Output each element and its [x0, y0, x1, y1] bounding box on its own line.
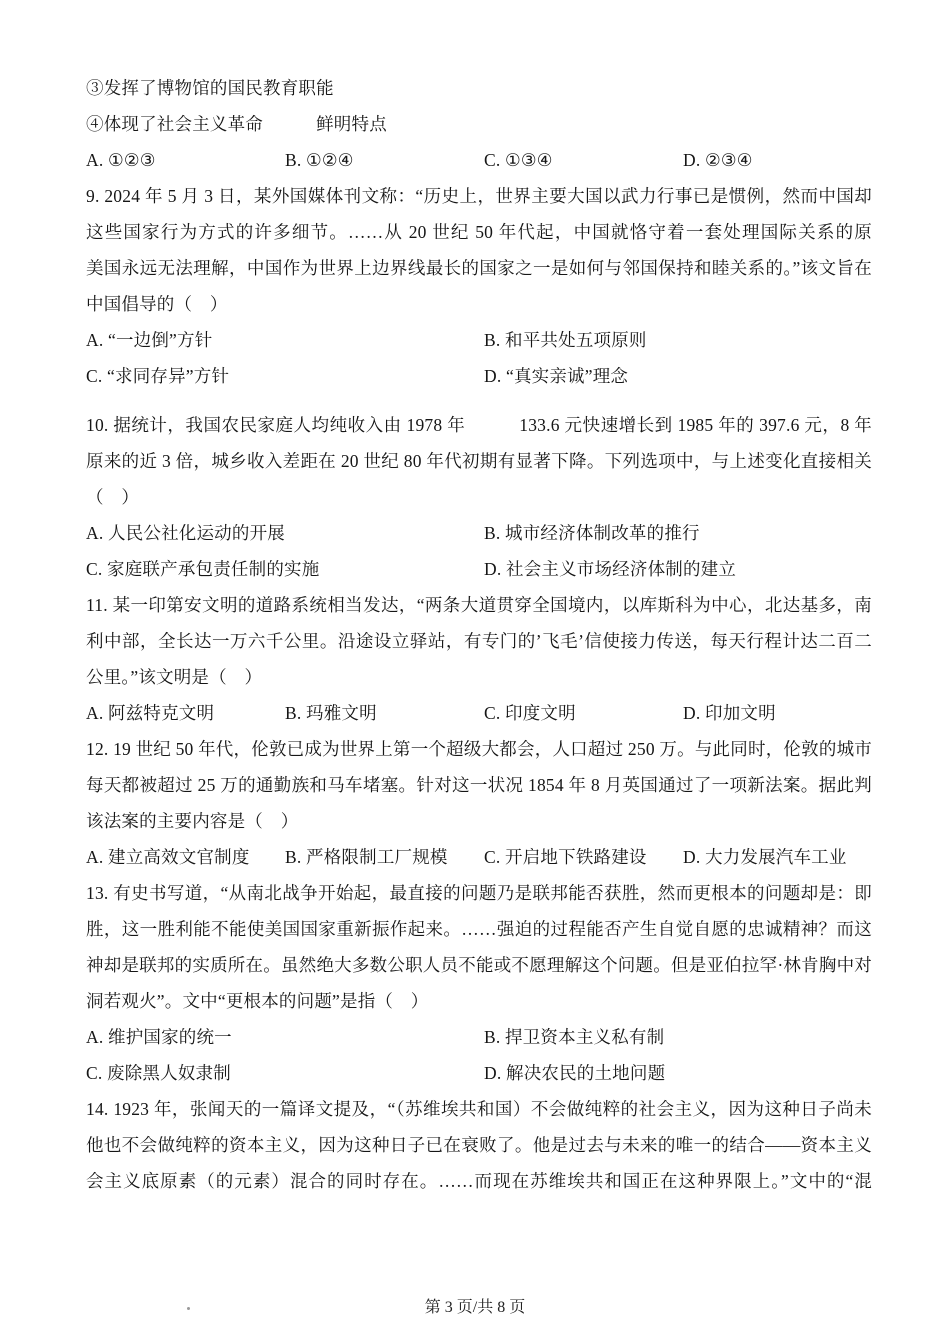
answer-option: B. 和平共处五项原则	[484, 322, 647, 358]
answer-option: A. 人民公社化运动的开展	[86, 515, 484, 551]
question-9-stem-line: 中国倡导的（ ）	[86, 286, 872, 322]
carryover-statement-line: ④体现了社会主义革命 鲜明特点	[86, 106, 872, 142]
answer-option: D. “真实亲诚”理念	[484, 358, 628, 394]
question-9-options-row: C. “求同存异”方针D. “真实亲诚”理念	[86, 358, 872, 394]
answer-option: D. 社会主义市场经济体制的建立	[484, 551, 736, 587]
question-13-options-row: A. 维护国家的统一B. 捍卫资本主义私有制	[86, 1019, 872, 1055]
question-12-options-row: A. 建立高效文官制度B. 严格限制工厂规模C. 开启地下铁路建设D. 大力发展…	[86, 839, 872, 875]
answer-option: A. 维护国家的统一	[86, 1019, 484, 1055]
question-13-stem-line: 13. 有史书写道，“从南北战争开始起，最直接的问题乃是联邦能否获胜，然而更根本…	[86, 875, 872, 911]
question-11-stem-line: 11. 某一印第安文明的道路系统相当发达，“两条大道贯穿全国境内，以库斯科为中心…	[86, 587, 872, 623]
answer-option: B. 严格限制工厂规模	[285, 839, 484, 875]
question-14-stem-line: 会主义底原素（的元素）混合的同时存在。……而现在苏维埃共和国正在这种界限上。”文…	[86, 1163, 872, 1199]
question-11-stem-line: 利中部，全长达一万六千公里。沿途设立驿站，有专门的’飞毛’信使接力传送，每天行程…	[86, 623, 872, 659]
answer-option: B. 玛雅文明	[285, 695, 484, 731]
answer-option: A. ①②③	[86, 142, 285, 178]
page-footer: 第 3 页/共 8 页	[0, 1296, 950, 1320]
answer-option: D. 解决农民的土地问题	[484, 1055, 665, 1091]
answer-option: C. “求同存异”方针	[86, 358, 484, 394]
carryover-statement-line: ③发挥了博物馆的国民教育职能	[86, 70, 872, 106]
question-9-stem-line: 9. 2024 年 5 月 3 日，某外国媒体刊文称：“历史上，世界主要大国以武…	[86, 178, 872, 214]
question-10-stem-line: 10. 据统计，我国农民家庭人均纯收入由 1978 年 133.6 元快速增长到…	[86, 407, 872, 443]
carryover-options-row: A. ①②③B. ①②④C. ①③④D. ②③④	[86, 142, 872, 178]
answer-option: C. 家庭联产承包责任制的实施	[86, 551, 484, 587]
question-11-stem-line: 公里。”该文明是（ ）	[86, 659, 872, 695]
question-13-options-row: C. 废除黑人奴隶制D. 解决农民的土地问题	[86, 1055, 872, 1091]
page-indicator: 第 3 页/共 8 页	[425, 1299, 525, 1316]
exam-page: ③发挥了博物馆的国民教育职能④体现了社会主义革命 鲜明特点A. ①②③B. ①②…	[0, 0, 950, 1344]
question-9-options-row: A. “一边倒”方针B. 和平共处五项原则	[86, 322, 872, 358]
question-9-stem-line: 这些国家行为方式的许多细节。……从 20 世纪 50 年代起，中国就恪守着一套处…	[86, 214, 872, 250]
question-12-stem-line: 每天都被超过 25 万的通勤族和马车堵塞。针对这一状况 1854 年 8 月英国…	[86, 767, 872, 803]
question-12-stem-line: 12. 19 世纪 50 年代，伦敦已成为世界上第一个超级大都会，人口超过 25…	[86, 731, 872, 767]
question-13-stem-line: 胜，这一胜利能不能使美国国家重新振作起来。……强迫的过程能否产生自觉自愿的忠诚精…	[86, 911, 872, 947]
exam-content: ③发挥了博物馆的国民教育职能④体现了社会主义革命 鲜明特点A. ①②③B. ①②…	[86, 70, 872, 1199]
answer-option: C. 废除黑人奴隶制	[86, 1055, 484, 1091]
answer-option: D. 印加文明	[683, 695, 776, 731]
question-10-options-row: A. 人民公社化运动的开展B. 城市经济体制改革的推行	[86, 515, 872, 551]
answer-option: C. 印度文明	[484, 695, 683, 731]
question-13-stem-line: 洞若观火”。文中“更根本的问题”是指（ ）	[86, 983, 872, 1019]
question-14-stem-line: 14. 1923 年，张闻天的一篇译文提及，“（苏维埃共和国）不会做纯粹的社会主…	[86, 1091, 872, 1127]
question-10-options-row: C. 家庭联产承包责任制的实施D. 社会主义市场经济体制的建立	[86, 551, 872, 587]
question-12-stem-line: 该法案的主要内容是（ ）	[86, 803, 872, 839]
question-14-stem-line: 他也不会做纯粹的资本主义，因为这种日子已在衰败了。他是过去与未来的唯一的结合——…	[86, 1127, 872, 1163]
answer-option: A. 建立高效文官制度	[86, 839, 285, 875]
answer-option: D. ②③④	[683, 142, 753, 178]
answer-option: C. 开启地下铁路建设	[484, 839, 683, 875]
answer-option: B. 捍卫资本主义私有制	[484, 1019, 664, 1055]
answer-option: C. ①③④	[484, 142, 683, 178]
question-10-stem-line: 原来的近 3 倍，城乡收入差距在 20 世纪 80 年代初期有显著下降。下列选项…	[86, 443, 872, 479]
question-13-stem-line: 神却是联邦的实质所在。虽然绝大多数公职人员不能或不愿理解这个问题。但是亚伯拉罕·…	[86, 947, 872, 983]
question-11-options-row: A. 阿兹特克文明B. 玛雅文明C. 印度文明D. 印加文明	[86, 695, 872, 731]
answer-option: A. “一边倒”方针	[86, 322, 484, 358]
question-9-stem-line: 美国永远无法理解，中国作为世界上边界线最长的国家之一是如何与邻国保持和睦关系的。…	[86, 250, 872, 286]
answer-option: A. 阿兹特克文明	[86, 695, 285, 731]
question-10-stem-line: （ ）	[86, 479, 872, 515]
answer-option: B. ①②④	[285, 142, 484, 178]
answer-option: D. 大力发展汽车工业	[683, 839, 847, 875]
answer-option: B. 城市经济体制改革的推行	[484, 515, 700, 551]
